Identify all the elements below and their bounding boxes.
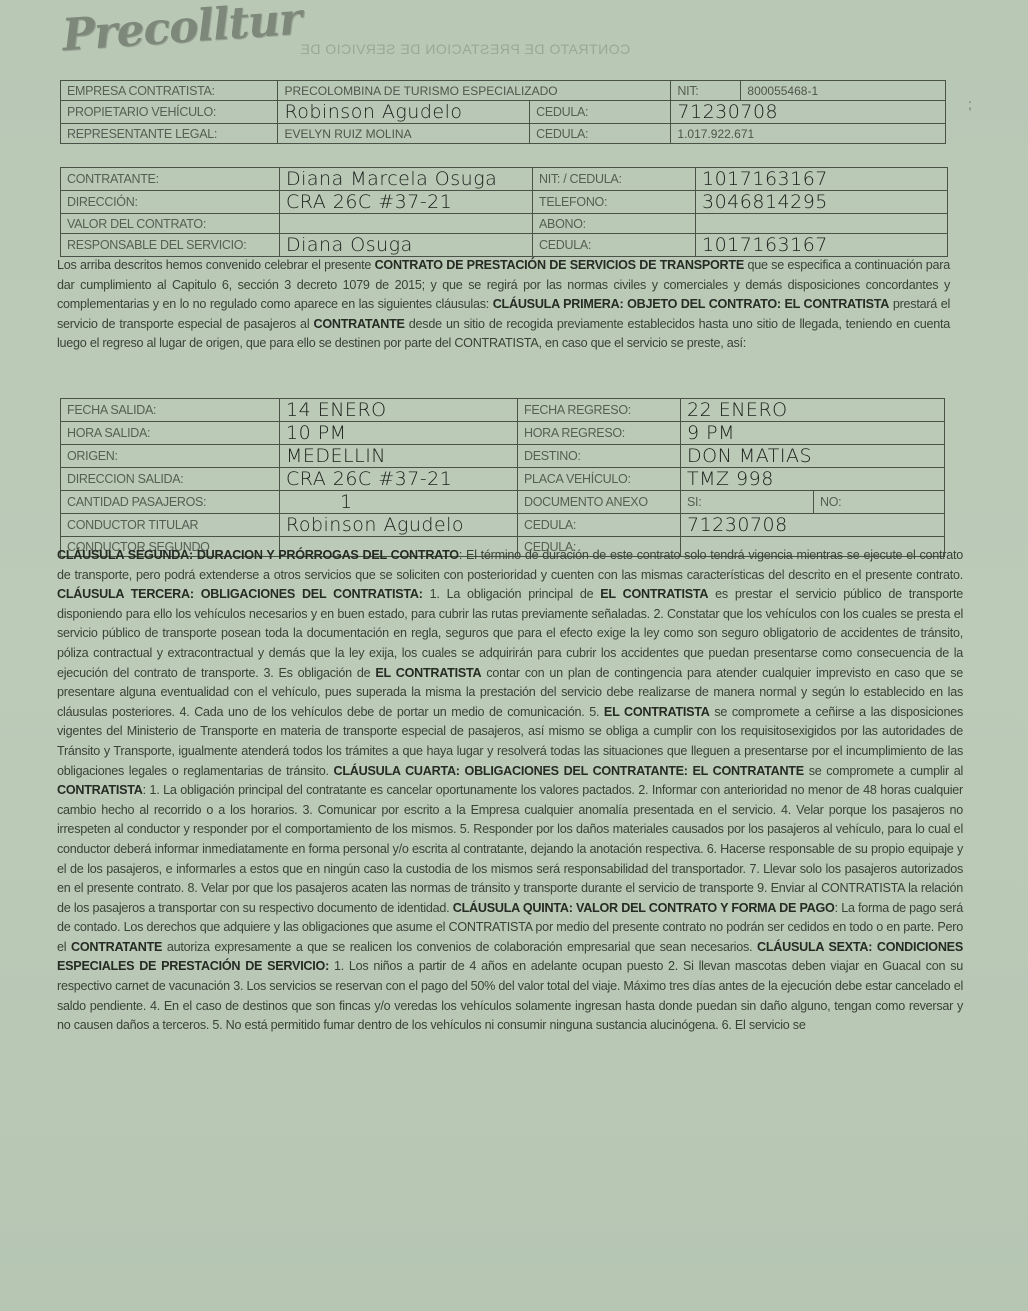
trip-details-table: FECHA SALIDA: 14 ENERO FECHA REGRESO: 22… (60, 398, 945, 557)
bold-term: EL CONTRATISTA (600, 587, 708, 601)
label-hora-salida: HORA SALIDA: (61, 422, 280, 445)
clause-heading: CLÁUSULA PRIMERA: OBJETO DEL CONTRATO: E… (493, 297, 889, 311)
table-row: CONDUCTOR TITULAR Robinson Agudelo CEDUL… (61, 514, 945, 537)
margin-mark: ; (968, 96, 972, 112)
value-conductor-titular[interactable]: Robinson Agudelo (280, 514, 518, 537)
label-origen: ORIGEN: (61, 445, 280, 468)
clause-text: autoriza expresamente a que se realicen … (162, 940, 757, 954)
table-row: DIRECCIÓN: CRA 26C #37-21 TELEFONO: 3046… (61, 191, 948, 214)
bold-term: CONTRATANTE (71, 940, 162, 954)
contract-title: CONTRATO DE PRESTACIÓN DE SERVICIOS DE T… (375, 258, 744, 272)
label-destino: DESTINO: (518, 445, 681, 468)
label-fecha-salida: FECHA SALIDA: (61, 399, 280, 422)
clauses-paragraph: CLÁUSULA SEGUNDA: DURACION Y PRÓRROGAS D… (57, 546, 963, 1036)
bold-term: CONTRATANTE (313, 317, 404, 331)
table-row: RESPONSABLE DEL SERVICIO: Diana Osuga CE… (61, 234, 948, 257)
value-nit-cedula[interactable]: 1017163167 (696, 168, 948, 191)
value-valor-contrato[interactable] (280, 214, 533, 234)
value-direccion[interactable]: CRA 26C #37-21 (280, 191, 533, 214)
company-info-table: EMPRESA CONTRATISTA: PRECOLOMBINA DE TUR… (60, 80, 946, 144)
value-fecha-salida[interactable]: 14 ENERO (280, 399, 518, 422)
label-nit: NIT: (671, 81, 741, 101)
label-responsable-servicio: RESPONSABLE DEL SERVICIO: (61, 234, 280, 257)
label-cedula-responsable: CEDULA: (533, 234, 696, 257)
checkbox-anexo-no[interactable]: NO: (814, 491, 945, 514)
clause-text: : 1. La obligación principal del contrat… (57, 783, 963, 915)
clause-heading: CLÁUSULA SEGUNDA: DURACION Y PRÓRROGAS D… (57, 548, 459, 562)
value-representante-legal: EVELYN RUIZ MOLINA (278, 124, 530, 144)
value-fecha-regreso[interactable]: 22 ENERO (681, 399, 945, 422)
bleed-through-title: CONTRATO DE PRESTACION DE SERVICIO DE (300, 41, 630, 57)
value-propietario-vehiculo[interactable]: Robinson Agudelo (278, 101, 530, 124)
value-telefono[interactable]: 3046814295 (696, 191, 948, 214)
company-logo: Precolltur (61, 0, 303, 61)
value-direccion-salida[interactable]: CRA 26C #37-21 (280, 468, 518, 491)
bold-term: EL CONTRATISTA (375, 666, 481, 680)
value-cantidad-pasajeros[interactable]: 1 (280, 491, 518, 514)
value-destino[interactable]: DON MATIAS (681, 445, 945, 468)
value-cedula-propietario[interactable]: 71230708 (671, 101, 946, 124)
intro-text: Los arriba descritos hemos convenido cel… (57, 258, 375, 272)
clause-heading: CLÁUSULA CUARTA: OBLIGACIONES DEL CONTRA… (334, 764, 804, 778)
value-cedula-conductor-titular[interactable]: 71230708 (681, 514, 945, 537)
label-cantidad-pasajeros: CANTIDAD PASAJEROS: (61, 491, 280, 514)
value-responsable-servicio[interactable]: Diana Osuga (280, 234, 533, 257)
label-documento-anexo: DOCUMENTO ANEXO (518, 491, 681, 514)
label-propietario-vehiculo: PROPIETARIO VEHÍCULO: (61, 101, 278, 124)
value-origen[interactable]: MEDELLIN (280, 445, 518, 468)
clause-text: se compromete a cumplir al (804, 764, 963, 778)
label-telefono: TELEFONO: (533, 191, 696, 214)
label-contratante: CONTRATANTE: (61, 168, 280, 191)
value-cedula-responsable[interactable]: 1017163167 (696, 234, 948, 257)
value-hora-regreso[interactable]: 9 PM (681, 422, 945, 445)
value-empresa-contratista: PRECOLOMBINA DE TURISMO ESPECIALIZADO (278, 81, 671, 101)
table-row: PROPIETARIO VEHÍCULO: Robinson Agudelo C… (61, 101, 946, 124)
label-valor-contrato: VALOR DEL CONTRATO: (61, 214, 280, 234)
bold-term: EL CONTRATISTA (604, 705, 710, 719)
value-placa-vehiculo[interactable]: TMZ 998 (681, 468, 945, 491)
table-row: CONTRATANTE: Diana Marcela Osuga NIT: / … (61, 168, 948, 191)
label-empresa-contratista: EMPRESA CONTRATISTA: (61, 81, 278, 101)
intro-paragraph: Los arriba descritos hemos convenido cel… (57, 256, 950, 354)
label-direccion: DIRECCIÓN: (61, 191, 280, 214)
table-row: VALOR DEL CONTRATO: ABONO: (61, 214, 948, 234)
label-hora-regreso: HORA REGRESO: (518, 422, 681, 445)
checkbox-anexo-si[interactable]: SI: (681, 491, 814, 514)
table-row: EMPRESA CONTRATISTA: PRECOLOMBINA DE TUR… (61, 81, 946, 101)
clause-heading: CLÁUSULA TERCERA: OBLIGACIONES DEL CONTR… (57, 587, 423, 601)
table-row: DIRECCION SALIDA: CRA 26C #37-21 PLACA V… (61, 468, 945, 491)
label-representante-legal: REPRESENTANTE LEGAL: (61, 124, 278, 144)
value-hora-salida[interactable]: 10 PM (280, 422, 518, 445)
client-info-table: CONTRATANTE: Diana Marcela Osuga NIT: / … (60, 167, 948, 257)
label-fecha-regreso: FECHA REGRESO: (518, 399, 681, 422)
label-placa-vehiculo: PLACA VEHÍCULO: (518, 468, 681, 491)
clause-text: 1. La obligación principal de (423, 587, 601, 601)
table-row: CANTIDAD PASAJEROS: 1 DOCUMENTO ANEXO SI… (61, 491, 945, 514)
table-row: FECHA SALIDA: 14 ENERO FECHA REGRESO: 22… (61, 399, 945, 422)
clause-heading: CLÁUSULA QUINTA: VALOR DEL CONTRATO Y FO… (453, 901, 835, 915)
value-contratante[interactable]: Diana Marcela Osuga (280, 168, 533, 191)
label-direccion-salida: DIRECCION SALIDA: (61, 468, 280, 491)
label-cedula-propietario: CEDULA: (530, 101, 671, 124)
table-row: REPRESENTANTE LEGAL: EVELYN RUIZ MOLINA … (61, 124, 946, 144)
label-nit-cedula: NIT: / CEDULA: (533, 168, 696, 191)
table-row: HORA SALIDA: 10 PM HORA REGRESO: 9 PM (61, 422, 945, 445)
label-cedula-conductor-titular: CEDULA: (518, 514, 681, 537)
label-abono: ABONO: (533, 214, 696, 234)
bold-term: CONTRATISTA (57, 783, 143, 797)
value-cedula-representante: 1.017.922.671 (671, 124, 946, 144)
label-conductor-titular: CONDUCTOR TITULAR (61, 514, 280, 537)
label-cedula-representante: CEDULA: (530, 124, 671, 144)
table-row: ORIGEN: MEDELLIN DESTINO: DON MATIAS (61, 445, 945, 468)
value-abono[interactable] (696, 214, 948, 234)
value-nit: 800055468-1 (741, 81, 946, 101)
